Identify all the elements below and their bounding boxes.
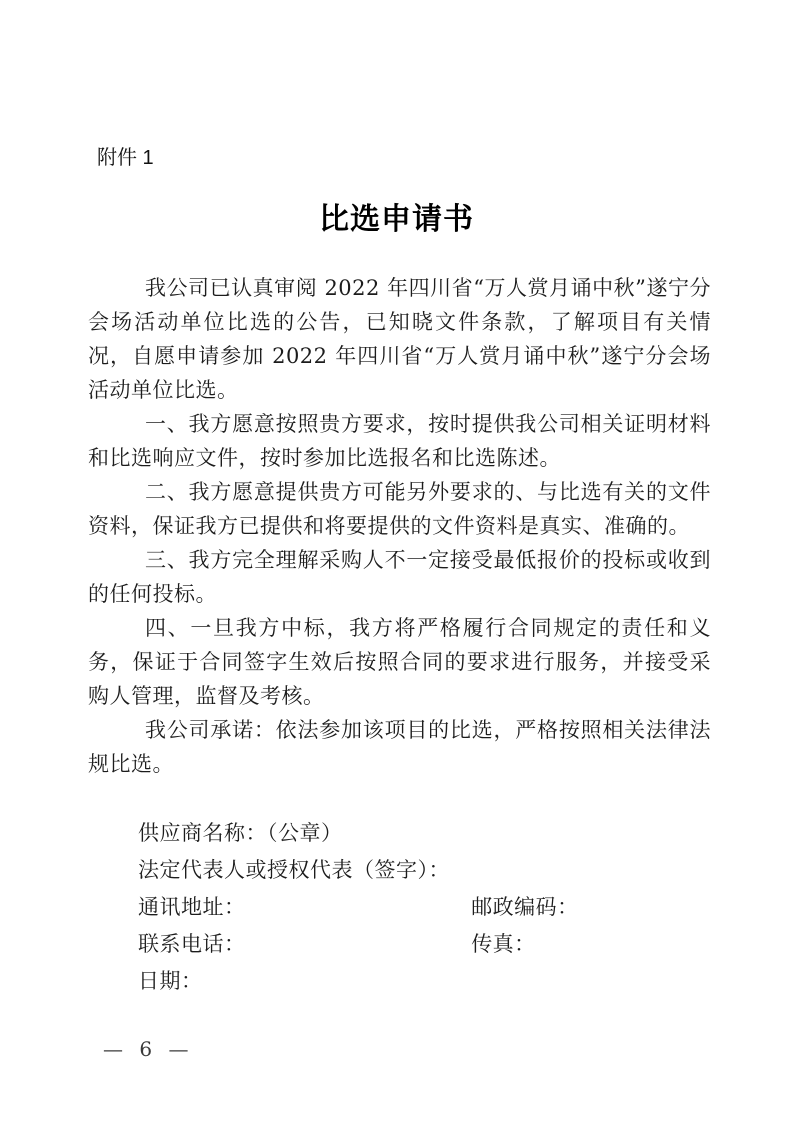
signature-row-phone: 联系电话： 传真：	[88, 926, 738, 963]
signature-block: 供应商名称：（公章） 法定代表人或授权代表（签字）： 通讯地址： 邮政编码： 联…	[88, 815, 738, 1000]
paragraph-clause-1: 一、我方愿意按照贵方要求，按时提供我公司相关证明材料和比选响应文件，按时参加比选…	[88, 407, 711, 475]
representative-label: 法定代表人或授权代表（签字）：	[138, 858, 450, 882]
signature-row-date: 日期：	[88, 963, 738, 1000]
paragraph-clause-3: 三、我方完全理解采购人不一定接受最低报价的投标或收到的任何投标。	[88, 543, 711, 611]
attachment-label: 附件 1	[97, 141, 154, 170]
paragraph-intro: 我公司已认真审阅 2022 年四川省“万人赏月诵中秋”遂宁分会场活动单位比选的公…	[88, 271, 711, 407]
paragraph-commitment: 我公司承诺：依法参加该项目的比选，严格按照相关法律法规比选。	[88, 713, 711, 781]
page-number: — 6 —	[103, 1037, 193, 1061]
fax-label: 传真：	[471, 932, 536, 956]
paragraph-clause-4: 四、一旦我方中标，我方将严格履行合同规定的责任和义务，保证于合同签字生效后按照合…	[88, 611, 711, 713]
signature-row-representative: 法定代表人或授权代表（签字）：	[88, 852, 738, 889]
postcode-label: 邮政编码：	[471, 895, 579, 919]
document-page: 附件 1 比选申请书 我公司已认真审阅 2022 年四川省“万人赏月诵中秋”遂宁…	[0, 0, 793, 1122]
document-body: 我公司已认真审阅 2022 年四川省“万人赏月诵中秋”遂宁分会场活动单位比选的公…	[88, 271, 711, 781]
signature-row-address: 通讯地址： 邮政编码：	[88, 889, 738, 926]
signature-row-supplier: 供应商名称：（公章）	[88, 815, 738, 852]
phone-label: 联系电话：	[138, 926, 464, 963]
paragraph-clause-2: 二、我方愿意提供贵方可能另外要求的、与比选有关的文件资料，保证我方已提供和将要提…	[88, 475, 711, 543]
address-label: 通讯地址：	[138, 889, 464, 926]
date-label: 日期：	[138, 969, 203, 993]
supplier-name-label: 供应商名称：（公章）	[138, 821, 343, 845]
document-title: 比选申请书	[0, 194, 793, 238]
